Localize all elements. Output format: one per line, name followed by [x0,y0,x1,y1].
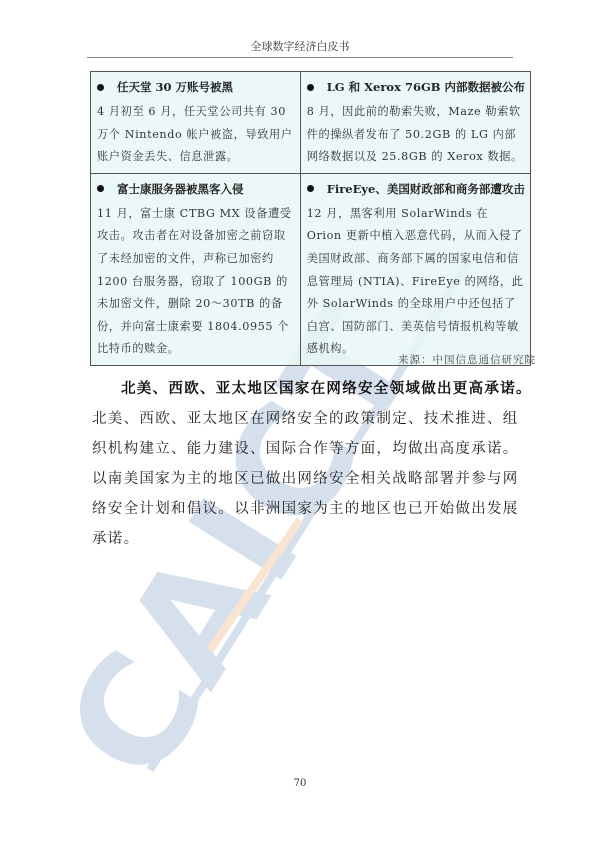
event-cell-nintendo: 任天堂 30 万账号被黑 4 月初至 6 月，任天堂公司共有 30 万个 Nin… [91,72,301,174]
security-events-table: 任天堂 30 万账号被黑 4 月初至 6 月，任天堂公司共有 30 万个 Nin… [90,71,531,366]
event-description: 12 月，黑客利用 SolarWinds 在 Orion 更新中植入恶意代码，从… [307,203,525,361]
bullet-icon [307,185,314,192]
event-title: 富士康服务器被黑客入侵 [117,182,244,196]
event-title: 任天堂 30 万账号被黑 [117,80,233,94]
page-number: 70 [0,778,600,789]
event-cell-lg-xerox: LG 和 Xerox 76GB 内部数据被公布 8 月，因此前的勒索失败，Maz… [300,72,530,174]
event-description: 4 月初至 6 月，任天堂公司共有 30 万个 Nintendo 帐户被盗，导致… [97,101,295,169]
table-row: 富士康服务器被黑客入侵 11 月，富士康 CTBG MX 设备遭受攻击。攻击者在… [91,173,531,365]
body-paragraph: 北美、西欧、亚太地区国家在网络安全领域做出更高承诺。北美、西欧、亚太地区在网络安… [92,374,532,554]
event-cell-fireeye: FireEye、美国财政部和商务部遭攻击 12 月，黑客利用 SolarWind… [300,173,530,365]
running-header-title: 全球数字经济白皮书 [0,38,600,54]
paragraph-body-text: 北美、西欧、亚太地区在网络安全的政策制定、技术推进、组织机构建立、能力建设、国际… [92,411,519,547]
bullet-icon [97,84,104,91]
table-row: 任天堂 30 万账号被黑 4 月初至 6 月，任天堂公司共有 30 万个 Nin… [91,72,531,174]
bullet-icon [97,185,104,192]
event-description: 11 月，富士康 CTBG MX 设备遭受攻击。攻击者在对设备加密之前窃取了未经… [97,203,295,361]
event-title: FireEye、美国财政部和商务部遭攻击 [327,182,525,196]
bullet-icon [307,84,314,91]
header-divider [87,57,513,58]
paragraph-lead-sentence: 北美、西欧、亚太地区国家在网络安全领域做出更高承诺。 [121,380,532,397]
event-title: LG 和 Xerox 76GB 内部数据被公布 [327,80,525,94]
table-source-note: 来源：中国信息通信研究院 [398,352,536,367]
event-description: 8 月，因此前的勒索失败，Maze 勒索软件的操纵者发布了 50.2GB 的 L… [307,101,525,169]
event-cell-foxconn: 富士康服务器被黑客入侵 11 月，富士康 CTBG MX 设备遭受攻击。攻击者在… [91,173,301,365]
